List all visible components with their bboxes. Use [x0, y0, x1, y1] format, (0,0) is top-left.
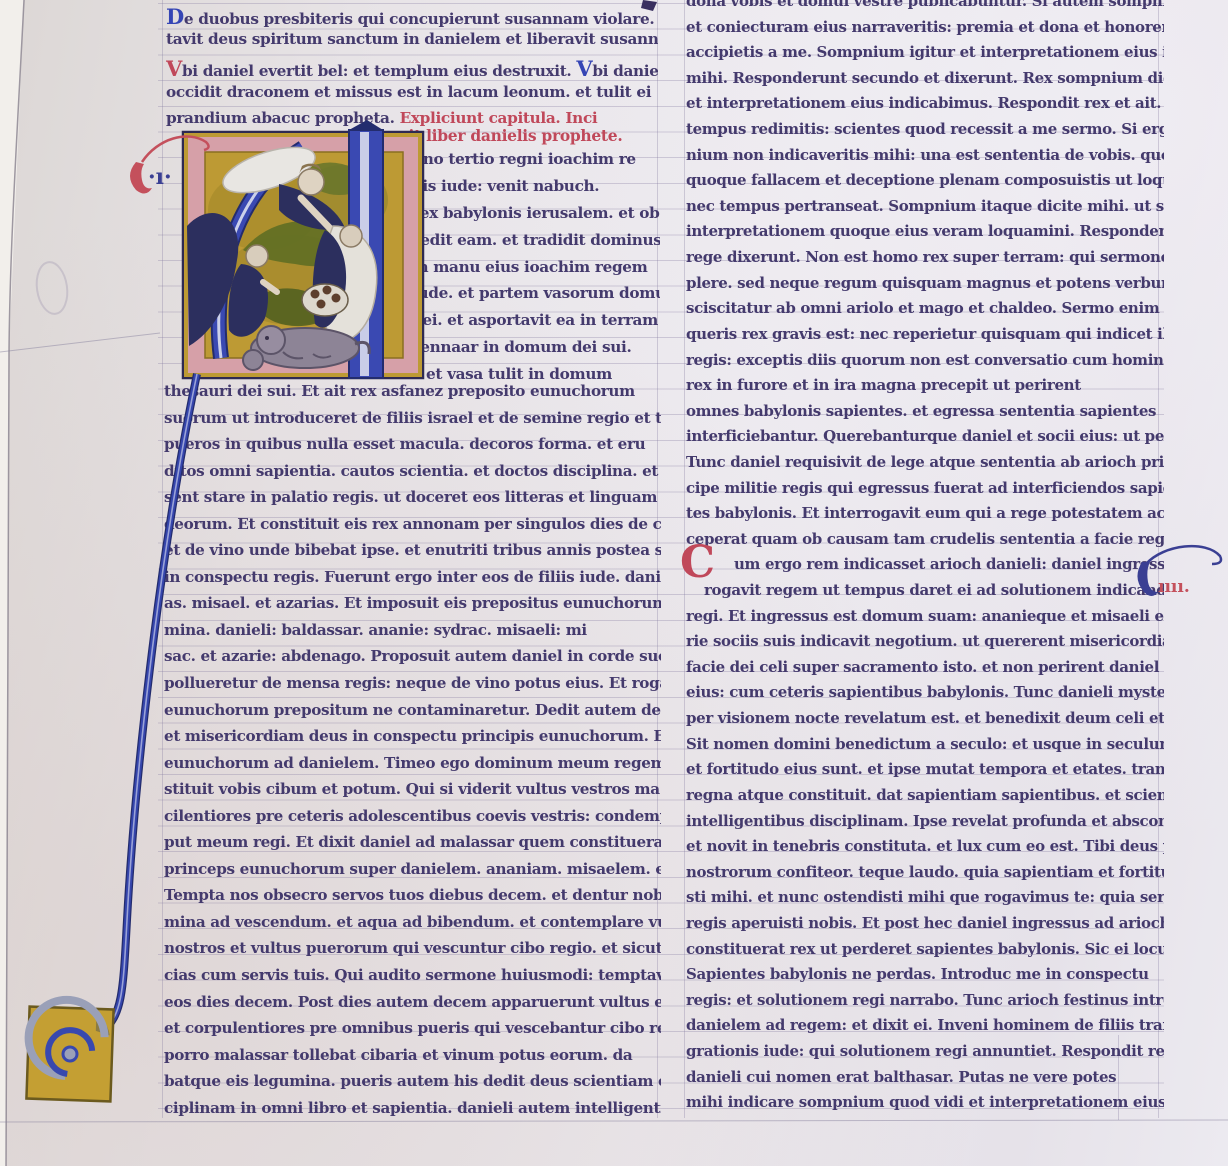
page-edge-background	[0, 0, 24, 1166]
crease-line	[0, 333, 160, 352]
page-edge-overlay	[0, 0, 1228, 1166]
manuscript-page: De duobus presbiteris qui concupierunt s…	[0, 0, 1228, 1166]
cropped-glyph-top	[641, 0, 657, 11]
ghost-letter-o	[34, 260, 71, 316]
lower-margin-rule	[0, 1120, 1228, 1122]
